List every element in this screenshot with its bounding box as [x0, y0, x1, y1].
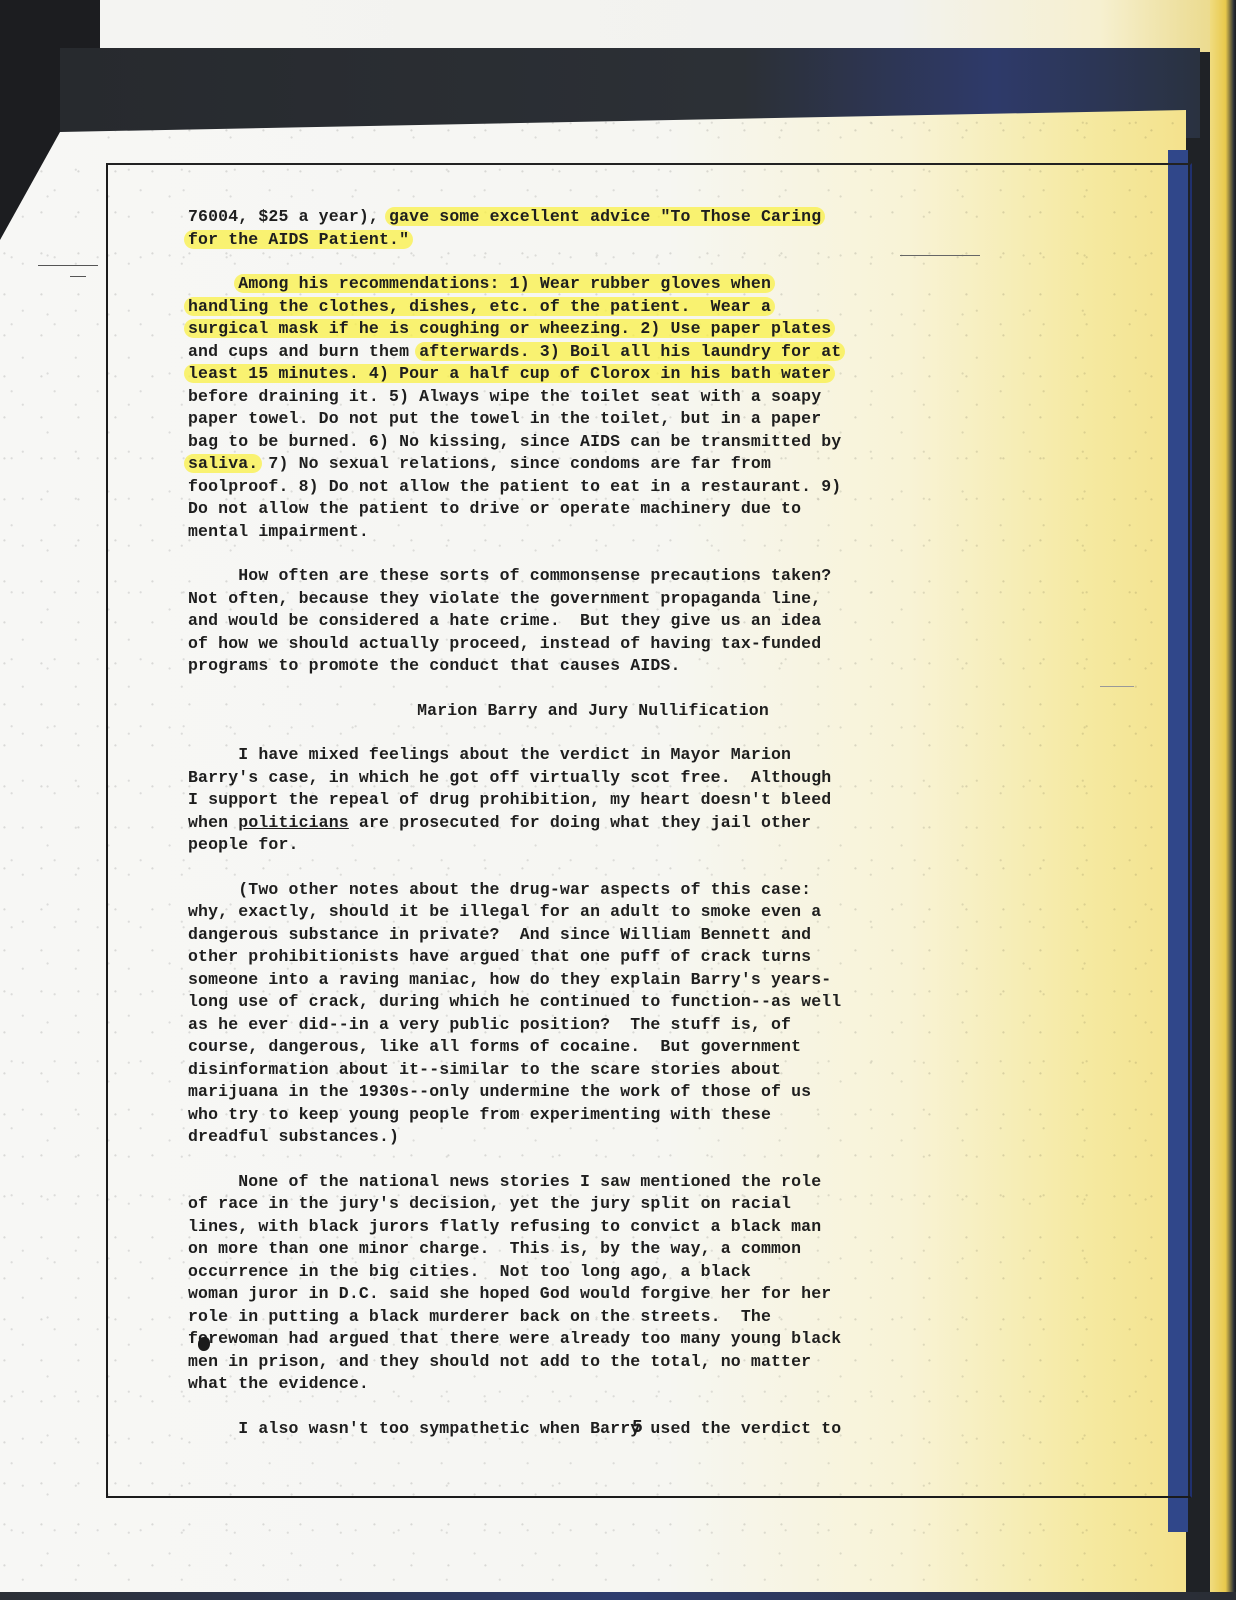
highlighted-text: afterwards. 3) Boil all his laundry for … [415, 342, 845, 361]
text-segment: disinformation about it--similar to the … [188, 1060, 781, 1079]
text-segment: occurrence in the big cities. Not too lo… [188, 1262, 751, 1281]
text-line: Among his recommendations: 1) Wear rubbe… [188, 273, 1058, 296]
text-line: surgical mask if he is coughing or wheez… [188, 318, 1058, 341]
text-segment: when [188, 813, 238, 832]
text-segment: and cups and burn them [188, 342, 419, 361]
paragraph-gap [188, 251, 1058, 273]
text-segment: course, dangerous, like all forms of coc… [188, 1037, 801, 1056]
page-number: 5 [632, 1418, 643, 1438]
text-segment: I have mixed feelings about the verdict … [188, 745, 791, 764]
text-line: someone into a raving maniac, how do the… [188, 969, 1058, 992]
text-line: course, dangerous, like all forms of coc… [188, 1036, 1058, 1059]
text-line: long use of crack, during which he conti… [188, 991, 1058, 1014]
text-line: How often are these sorts of commonsense… [188, 565, 1058, 588]
text-segment: (Two other notes about the drug-war aspe… [188, 880, 811, 899]
paragraph-gap [188, 1396, 1058, 1418]
paragraph-gap [188, 543, 1058, 565]
highlighted-text: surgical mask if he is coughing or wheez… [184, 319, 835, 338]
paragraph-gap [188, 678, 1058, 700]
text-segment: people for. [188, 835, 299, 854]
text-line: role in putting a black murderer back on… [188, 1306, 1058, 1329]
text-segment: bag to be burned. 6) No kissing, since A… [188, 432, 841, 451]
text-segment: How often are these sorts of commonsense… [188, 566, 831, 585]
text-segment: of how we should actually proceed, inste… [188, 634, 821, 653]
document-body: 76004, $25 a year), gave some excellent … [188, 206, 1058, 1440]
margin-mark [70, 276, 86, 277]
margin-mark [1100, 686, 1134, 687]
text-line: occurrence in the big cities. Not too lo… [188, 1261, 1058, 1284]
text-line: dangerous substance in private? And sinc… [188, 924, 1058, 947]
text-segment: I support the repeal of drug prohibition… [188, 790, 831, 809]
right-page-edge [1210, 0, 1236, 1600]
text-segment: what the evidence. [188, 1374, 369, 1393]
text-segment: woman juror in D.C. said she hoped God w… [188, 1284, 831, 1303]
text-line: (Two other notes about the drug-war aspe… [188, 879, 1058, 902]
text-line: handling the clothes, dishes, etc. of th… [188, 296, 1058, 319]
highlighted-text: gave some excellent advice "To Those Car… [385, 207, 825, 226]
text-line: paper towel. Do not put the towel in the… [188, 408, 1058, 431]
section-heading: Marion Barry and Jury Nullification [188, 700, 1058, 723]
text-line: and cups and burn them afterwards. 3) Bo… [188, 341, 1058, 364]
text-line: as he ever did--in a very public positio… [188, 1014, 1058, 1037]
back-sheet-edge [100, 0, 1236, 52]
paragraph-gap [188, 722, 1058, 744]
text-line: lines, with black jurors flatly refusing… [188, 1216, 1058, 1239]
text-segment: programs to promote the conduct that cau… [188, 656, 681, 675]
text-line: mental impairment. [188, 521, 1058, 544]
text-segment: Barry's case, in which he got off virtua… [188, 768, 831, 787]
text-line: foolproof. 8) Do not allow the patient t… [188, 476, 1058, 499]
text-segment [188, 274, 238, 293]
text-segment: before draining it. 5) Always wipe the t… [188, 387, 821, 406]
text-segment: who try to keep young people from experi… [188, 1105, 771, 1124]
ink-blot [198, 1337, 210, 1351]
text-segment: someone into a raving maniac, how do the… [188, 970, 831, 989]
text-segment: paper towel. Do not put the towel in the… [188, 409, 821, 428]
text-line: programs to promote the conduct that cau… [188, 655, 1058, 678]
text-segment: None of the national news stories I saw … [188, 1172, 821, 1191]
highlighted-text: Among his recommendations: 1) Wear rubbe… [234, 274, 775, 293]
text-segment: are prosecuted for doing what they jail … [349, 813, 811, 832]
text-line: and would be considered a hate crime. Bu… [188, 610, 1058, 633]
text-line: Barry's case, in which he got off virtua… [188, 767, 1058, 790]
text-line: on more than one minor charge. This is, … [188, 1238, 1058, 1261]
text-segment: of race in the jury's decision, yet the … [188, 1194, 791, 1213]
margin-mark [38, 265, 98, 266]
text-line: why, exactly, should it be illegal for a… [188, 901, 1058, 924]
text-line: other prohibitionists have argued that o… [188, 946, 1058, 969]
text-line: I support the repeal of drug prohibition… [188, 789, 1058, 812]
highlighted-text: saliva. [184, 454, 262, 473]
text-segment: marijuana in the 1930s--only undermine t… [188, 1082, 811, 1101]
text-line: None of the national news stories I saw … [188, 1171, 1058, 1194]
text-segment: 76004, $25 a year), [188, 207, 389, 226]
text-line: people for. [188, 834, 1058, 857]
text-line: who try to keep young people from experi… [188, 1104, 1058, 1127]
text-segment: Do not allow the patient to drive or ope… [188, 499, 801, 518]
text-segment: Not often, because they violate the gove… [188, 589, 821, 608]
text-line: Not often, because they violate the gove… [188, 588, 1058, 611]
text-segment: mental impairment. [188, 522, 369, 541]
text-segment: role in putting a black murderer back on… [188, 1307, 771, 1326]
text-segment: on more than one minor charge. This is, … [188, 1239, 801, 1258]
text-line: what the evidence. [188, 1373, 1058, 1396]
text-segment: lines, with black jurors flatly refusing… [188, 1217, 821, 1236]
text-segment: and would be considered a hate crime. Bu… [188, 611, 821, 630]
text-line: when politicians are prosecuted for doin… [188, 812, 1058, 835]
text-segment: foolproof. 8) Do not allow the patient t… [188, 477, 841, 496]
text-segment: 7) No sexual relations, since condoms ar… [258, 454, 771, 473]
text-line: disinformation about it--similar to the … [188, 1059, 1058, 1082]
text-line: of race in the jury's decision, yet the … [188, 1193, 1058, 1216]
text-line: dreadful substances.) [188, 1126, 1058, 1149]
text-segment: forewoman had argued that there were alr… [188, 1329, 841, 1348]
text-line: woman juror in D.C. said she hoped God w… [188, 1283, 1058, 1306]
text-line: of how we should actually proceed, inste… [188, 633, 1058, 656]
text-line: 76004, $25 a year), gave some excellent … [188, 206, 1058, 229]
text-segment: long use of crack, during which he conti… [188, 992, 841, 1011]
text-line: for the AIDS Patient." [188, 229, 1058, 252]
text-segment: dangerous substance in private? And sinc… [188, 925, 811, 944]
text-line: before draining it. 5) Always wipe the t… [188, 386, 1058, 409]
text-segment: I also wasn't too sympathetic when Barry… [188, 1419, 841, 1438]
text-segment: as he ever did--in a very public positio… [188, 1015, 791, 1034]
text-line: men in prison, and they should not add t… [188, 1351, 1058, 1374]
text-line: I also wasn't too sympathetic when Barry… [188, 1418, 1058, 1441]
text-line: Do not allow the patient to drive or ope… [188, 498, 1058, 521]
underlined-text: politicians [238, 813, 349, 832]
text-line: least 15 minutes. 4) Pour a half cup of … [188, 363, 1058, 386]
text-line: I have mixed feelings about the verdict … [188, 744, 1058, 767]
text-segment: dreadful substances.) [188, 1127, 399, 1146]
highlighted-text: handling the clothes, dishes, etc. of th… [184, 297, 775, 316]
highlighted-text: for the AIDS Patient." [184, 230, 413, 249]
paragraph-gap [188, 1149, 1058, 1171]
paragraph-gap [188, 857, 1058, 879]
text-line: marijuana in the 1930s--only undermine t… [188, 1081, 1058, 1104]
text-segment: other prohibitionists have argued that o… [188, 947, 811, 966]
highlighted-text: least 15 minutes. 4) Pour a half cup of … [184, 364, 835, 383]
text-segment: why, exactly, should it be illegal for a… [188, 902, 821, 921]
bottom-page-edge [0, 1592, 1236, 1600]
text-line: saliva. 7) No sexual relations, since co… [188, 453, 1058, 476]
text-line: forewoman had argued that there were alr… [188, 1328, 1058, 1351]
text-line: bag to be burned. 6) No kissing, since A… [188, 431, 1058, 454]
text-segment: men in prison, and they should not add t… [188, 1352, 811, 1371]
